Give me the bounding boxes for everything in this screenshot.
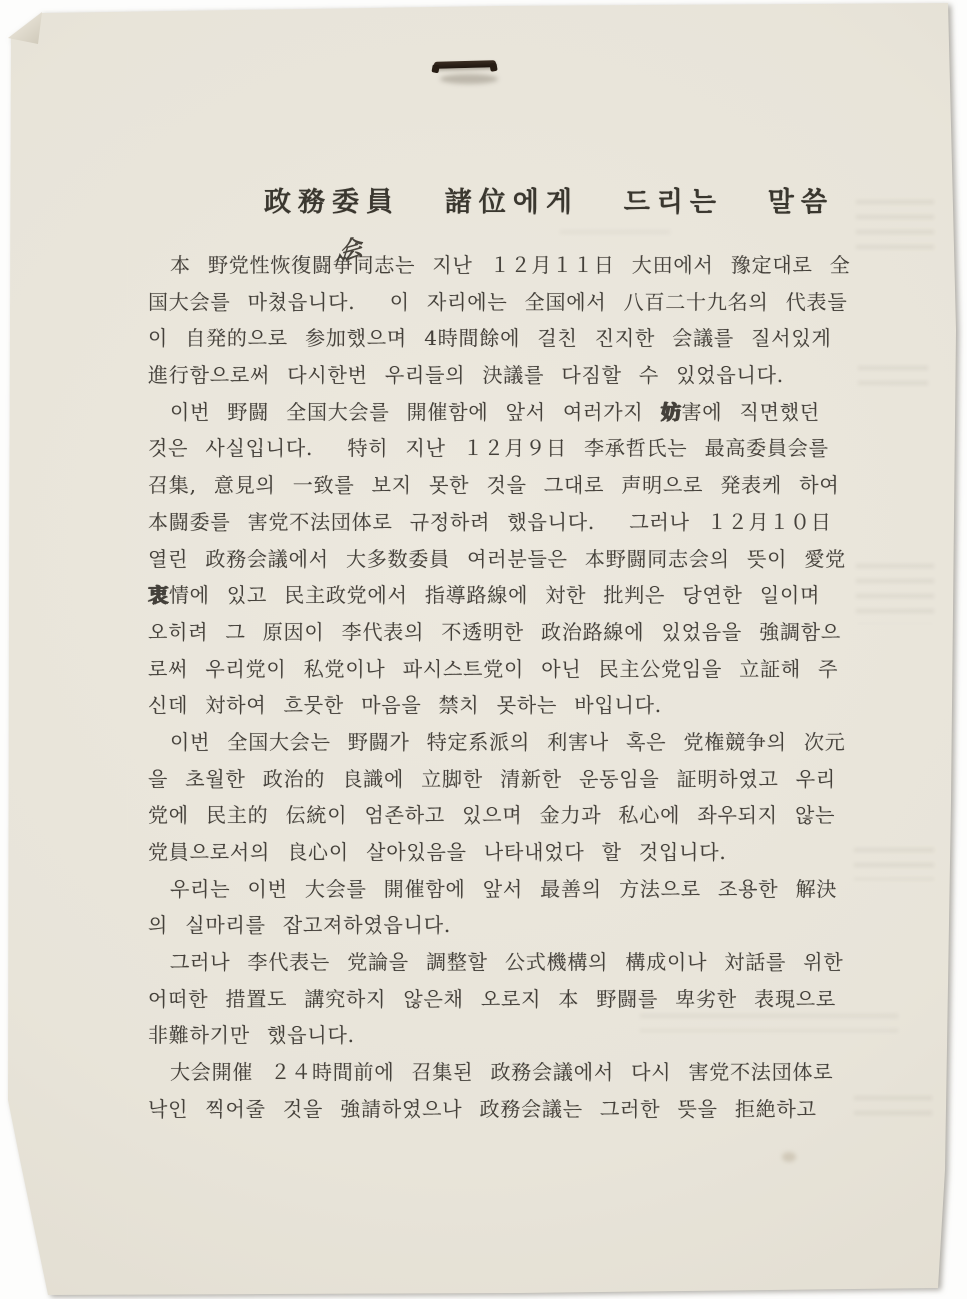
text-line: 낙인 찍어줄 것을 強請하였으나 政務会議는 그러한 뜻을 拒絶하고 xyxy=(148,1091,868,1128)
text-line: 本闘委를 害党不法団体로 규정하려 했읍니다. 그러나 １２月１０日 xyxy=(148,504,868,541)
text-line: 進行함으로써 다시한번 우리들의 決議를 다짐할 수 있었읍니다. xyxy=(148,357,868,394)
text-line: 우리는 이번 大会를 開催함에 앞서 最善의 方法으로 조용한 解決 xyxy=(148,871,868,908)
overtyped-char: 妨 xyxy=(661,400,682,424)
text-line: 이번 全国大会는 野闘가 特定系派의 利害나 혹은 党権競争의 次元 xyxy=(148,724,868,761)
text-line: 열린 政務会議에서 大多数委員 여러분들은 本野闘同志会의 뜻이 愛党 xyxy=(148,541,868,578)
text-line: 党員으로서의 良心이 살아있음을 나타내었다 할 것입니다. xyxy=(148,834,868,871)
text-line: 오히려 그 原因이 李代表의 不透明한 政治路線에 있었음을 強調함으 xyxy=(148,614,868,651)
text-line: 로써 우리党이 私党이나 파시스트党이 아닌 民主公党임을 立証해 주 xyxy=(148,651,868,688)
document-body: 本 野党性恢復闘争同志는 지난 １２月１１日 大田에서 豫定대로 全国大会를 마… xyxy=(148,247,868,1128)
bleed-through-smudge xyxy=(856,190,934,254)
staple-shadow xyxy=(440,74,498,84)
text-line: 衷情에 있고 民主政党에서 指導路線에 対한 批判은 당연한 일이며 xyxy=(148,577,868,614)
text-line: 国大会를 마쳤읍니다. 이 자리에는 全国에서 八百二十九名의 代表들 xyxy=(148,284,868,321)
ink-speck xyxy=(17,1233,23,1238)
bleed-through-smudge xyxy=(858,356,928,388)
text-line: 을 초월한 政治的 良識에 立脚한 清新한 운동임을 証明하였고 우리 xyxy=(148,761,868,798)
text-line: 本 野党性恢復闘争同志는 지난 １２月１１日 大田에서 豫定대로 全 xyxy=(148,247,868,284)
overtyped-char: 衷 xyxy=(148,583,169,607)
text-line: 이 自発的으로 参加했으며 4時間餘에 걸친 진지한 会議를 질서있게 xyxy=(148,320,868,357)
text-line: 의 실마리를 잡고져하였읍니다. xyxy=(148,907,868,944)
text-line: 그러나 李代表는 党論을 調整할 公式機構의 構成이나 対話를 위한 xyxy=(148,944,868,981)
text-line: 非難하기만 했읍니다. xyxy=(148,1017,868,1054)
bleed-through-smudge xyxy=(560,220,670,236)
text-line: 것은 사실입니다. 特히 지난 １２月９日 李承哲氏는 最高委員会를 xyxy=(148,430,868,467)
paper-sheet: 政務委員 諸位에게 드리는 말씀 会 本 野党性恢復闘争同志는 지난 １２月１１… xyxy=(0,0,967,1299)
scanned-paper: 政務委員 諸位에게 드리는 말씀 会 本 野党性恢復闘争同志는 지난 １２月１１… xyxy=(0,0,967,1299)
text-line: 召集, 意見의 一致를 보지 못한 것을 그대로 声明으로 発表케 하여 xyxy=(148,467,868,504)
paper-stain xyxy=(782,1152,796,1162)
page-background: { "page": { "background_color": "#fdfdfc… xyxy=(0,0,967,1299)
text-line: 어떠한 措置도 講究하지 않은채 오로지 本 野闘를 卑劣한 表現으로 xyxy=(148,981,868,1018)
text-line: 신데 対하여 흐뭇한 마음을 禁치 못하는 바입니다. xyxy=(148,687,868,724)
staple-icon xyxy=(434,60,496,69)
text-line: 大会開催 ２４時間前에 召集된 政務会議에서 다시 害党不法団体로 xyxy=(148,1054,868,1091)
page-title: 政務委員 諸位에게 드리는 말씀 xyxy=(264,180,834,219)
text-line: 이번 野闘 全国大会를 開催함에 앞서 여러가지 妨害에 직면했던 xyxy=(148,394,868,431)
text-line: 党에 民主的 伝統이 엄존하고 있으며 金力과 私心에 좌우되지 않는 xyxy=(148,797,868,834)
